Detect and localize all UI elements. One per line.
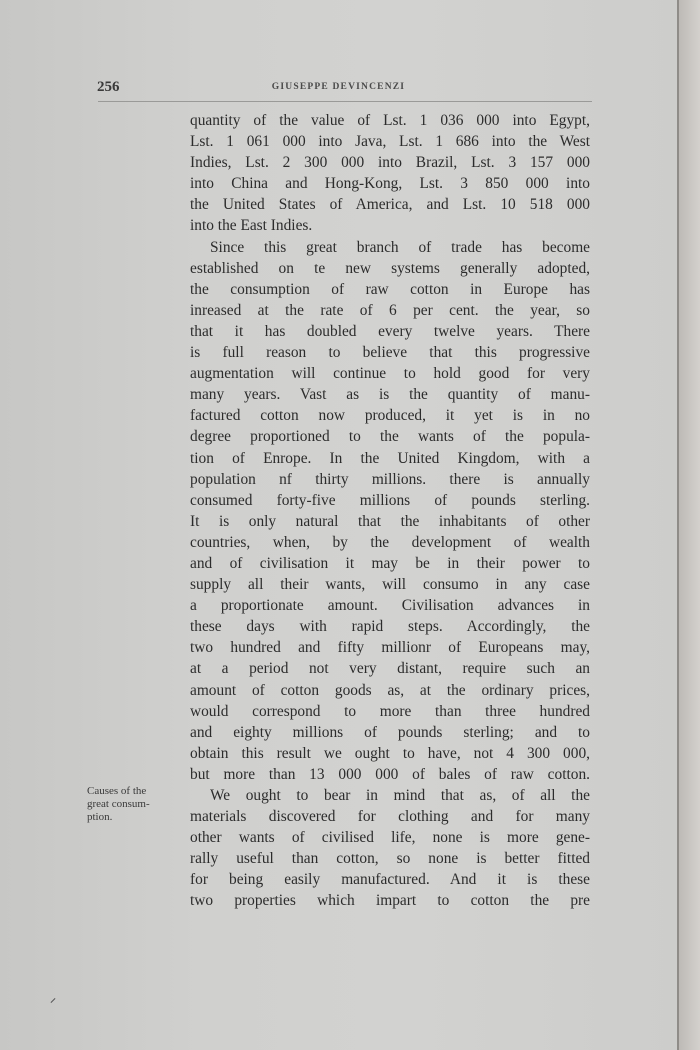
text-line: would correspond to more than three hund… [190,701,590,722]
text-line: countries, when, by the development of w… [190,532,590,553]
text-line: the United States of America, and Lst. 1… [190,194,590,215]
marginal-note-line: Causes of the [87,785,182,798]
marginal-note-line: ption. [87,811,182,824]
text-line: two hundred and fifty millionr of Europe… [190,637,590,658]
text-line: obtain this result we ought to have, not… [190,743,590,764]
header-rule [98,101,592,102]
text-line: a proportionate amount. Civilisation adv… [190,595,590,616]
text-line: Lst. 1 061 000 into Java, Lst. 1 686 int… [190,131,590,152]
paragraph-start-line: Since this great branch of trade has bec… [190,237,590,258]
text-line: and of civilisation it may be in their p… [190,553,590,574]
text-line: that it has doubled every twelve years. … [190,321,590,342]
text-line: two properties which impart to cotton th… [190,890,590,911]
text-line: degree proportioned to the wants of the … [190,426,590,447]
text-line: the consumption of raw cotton in Europe … [190,279,590,300]
text-line: at a period not very distant, require su… [190,658,590,679]
text-line: quantity of the value of Lst. 1 036 000 … [190,110,590,131]
marginal-note-line: great consum- [87,798,182,811]
running-head: GIUSEPPE DEVINCENZI [0,82,677,92]
text-line: for being easily manufactured. And it is… [190,869,590,890]
text-line: established on te new systems generally … [190,258,590,279]
body-text: quantity of the value of Lst. 1 036 000 … [190,110,590,912]
text-line: consumed forty-five millions of pounds s… [190,490,590,511]
text-line: rally useful than cotton, so none is bet… [190,848,590,869]
marginal-note: Causes of the great consum- ption. [87,785,182,824]
text-line: but more than 13 000 000 of bales of raw… [190,764,590,785]
text-line: It is only natural that the inhabitants … [190,511,590,532]
text-line: amount of cotton goods as, at the ordina… [190,680,590,701]
text-line: other wants of civilised life, none is m… [190,827,590,848]
adjacent-page-edge [679,0,700,1050]
text-line: these days with rapid steps. Accordingly… [190,616,590,637]
text-line: many years. Vast as is the quantity of m… [190,384,590,405]
text-line: factured cotton now produced, it yet is … [190,405,590,426]
text-line: materials discovered for clothing and fo… [190,806,590,827]
text-line: and eighty millions of pounds sterling; … [190,722,590,743]
text-line: into China and Hong-Kong, Lst. 3 850 000… [190,173,590,194]
text-line: supply all their wants, will consumo in … [190,574,590,595]
text-line: is full reason to believe that this prog… [190,342,590,363]
text-line: tion of Enrope. In the United Kingdom, w… [190,448,590,469]
text-line: augmentation will continue to hold good … [190,363,590,384]
text-line: into the East Indies. [190,215,590,236]
text-line: inreased at the rate of 6 per cent. the … [190,300,590,321]
paragraph-start-line: We ought to bear in mind that as, of all… [190,785,590,806]
text-line: population nf thirty millions. there is … [190,469,590,490]
text-line: Indies, Lst. 2 300 000 into Brazil, Lst.… [190,152,590,173]
